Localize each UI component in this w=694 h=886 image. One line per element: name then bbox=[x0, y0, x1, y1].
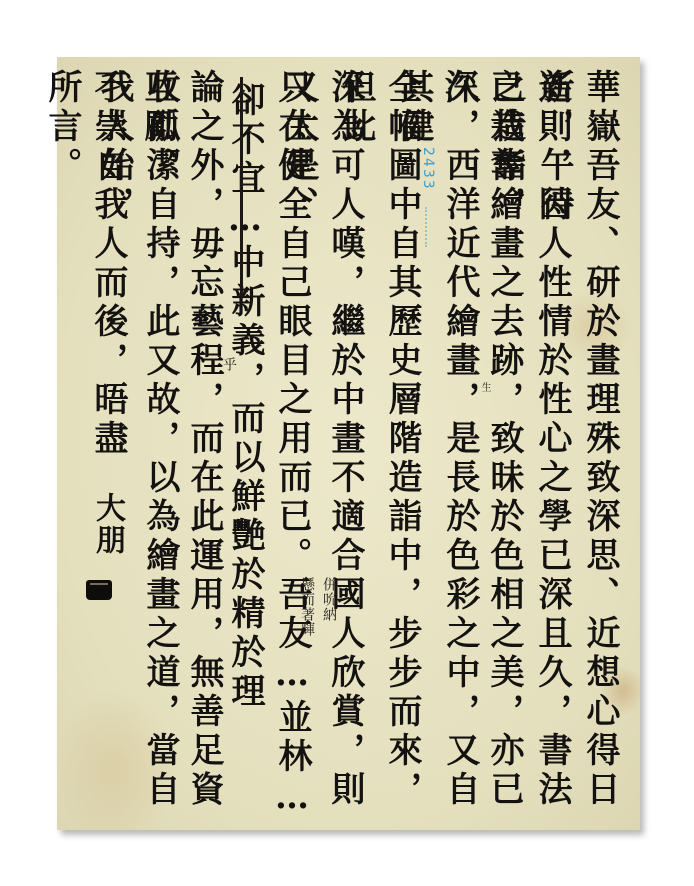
signature: 大朋 bbox=[85, 492, 129, 556]
marginal-note: 併吮納 bbox=[319, 577, 339, 622]
text-column-10: 收孤潔自持，此又故，以為繪畫之道，當自我人始， bbox=[137, 69, 183, 830]
seal-stamp bbox=[86, 580, 112, 600]
strike-through-line bbox=[240, 77, 243, 297]
text-column-1: 華嶽吾友、研於畫理殊致深思、近想心得日新，午待 bbox=[577, 69, 623, 830]
text-column-5: 全幅圖中自其歷史層階造詣中，步步而來，但此 bbox=[379, 69, 425, 830]
text-column-8: 卻不宜…中新義，而以鮮艷於精於理 bbox=[222, 82, 268, 712]
marginal-note: 懸而著輝 bbox=[297, 577, 317, 637]
text-column-2: 遙則，因人性情於性心之學已深且久，書法之造詣， bbox=[529, 69, 575, 830]
marginal-note: 乎 bbox=[219, 357, 239, 372]
text-column-4: 久，西洋近代繪畫，是長於色彩之中，又自其健 bbox=[437, 69, 483, 830]
archive-number-stamp: 2433 bbox=[420, 147, 436, 191]
text-column-3: 已栽奪繪畫之去跡，致昧於色相之美，亦已深 bbox=[481, 69, 527, 830]
text-column-11: 不崇自我人而後，晤盡所言。 bbox=[85, 69, 131, 469]
marginal-note: 生 bbox=[477, 382, 492, 393]
text-column-7: 只在健全自己眼目之用而已。吾友…並林… bbox=[269, 69, 315, 822]
text-column-6: 深為可人嘆，繼於中畫不適合國人欣賞，則又太是、 bbox=[322, 69, 368, 830]
letter-paper: 華嶽吾友、研於畫理殊致深思、近想心得日新，午待 遙則，因人性情於性心之學已深且久… bbox=[57, 57, 640, 830]
text-column-9: 論之外，毋忘藝程，而在此運用，無善足資互勵、 bbox=[181, 69, 227, 830]
faint-stamp-mark bbox=[425, 207, 441, 247]
